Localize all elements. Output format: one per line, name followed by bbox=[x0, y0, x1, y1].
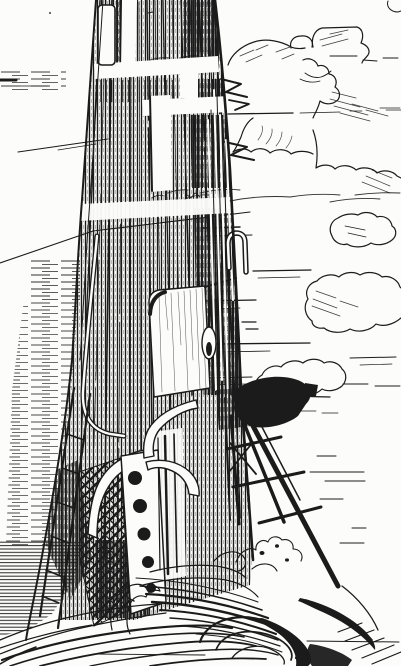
engraving-illustration: Black-and-white pen-and-ink engraving: t… bbox=[0, 0, 401, 666]
cleat-block bbox=[202, 327, 216, 359]
engraving-svg: Black-and-white pen-and-ink engraving: t… bbox=[0, 0, 401, 666]
platform-extension bbox=[303, 383, 318, 397]
